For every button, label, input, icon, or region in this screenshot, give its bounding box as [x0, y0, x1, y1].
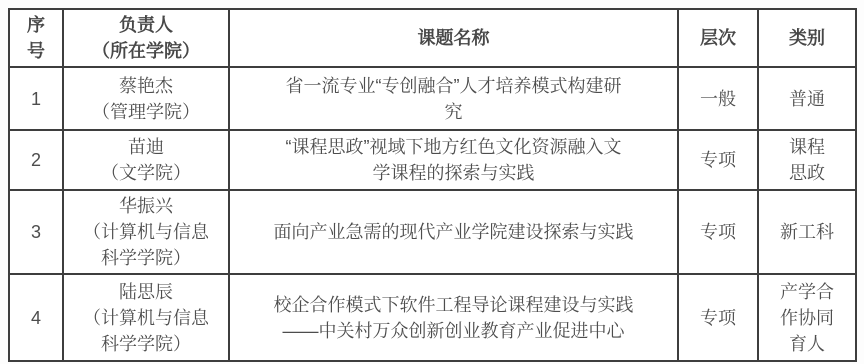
cell-no: 2: [9, 130, 63, 190]
column-header-level: 层次: [678, 9, 758, 67]
projects-table: 序 号 负责人 （所在学院） 课题名称 层次 类别 1 蔡艳杰 （管理学院） 省…: [8, 8, 857, 362]
cell-leader: 蔡艳杰 （管理学院）: [63, 67, 229, 130]
cell-category: 新工科: [758, 190, 856, 274]
page: 序 号 负责人 （所在学院） 课题名称 层次 类别 1 蔡艳杰 （管理学院） 省…: [0, 0, 864, 364]
cell-level: 专项: [678, 274, 758, 361]
cell-leader: 苗迪 （文学院）: [63, 130, 229, 190]
column-header-title: 课题名称: [229, 9, 678, 67]
cell-leader: 华振兴 （计算机与信息 科学学院）: [63, 190, 229, 274]
cell-title: 省一流专业“专创融合”人才培养模式构建研 究: [229, 67, 678, 130]
column-header-leader: 负责人 （所在学院）: [63, 9, 229, 67]
table-row: 2 苗迪 （文学院） “课程思政”视域下地方红色文化资源融入文 学课程的探索与实…: [9, 130, 856, 190]
header-row: 序 号 负责人 （所在学院） 课题名称 层次 类别: [9, 9, 856, 67]
cell-category: 课程 思政: [758, 130, 856, 190]
cell-title: 面向产业急需的现代产业学院建设探索与实践: [229, 190, 678, 274]
cell-no: 3: [9, 190, 63, 274]
column-header-no: 序 号: [9, 9, 63, 67]
cell-level: 一般: [678, 67, 758, 130]
cell-title: 校企合作模式下软件工程导论课程建设与实践 ——中关村万众创新创业教育产业促进中心: [229, 274, 678, 361]
cell-level: 专项: [678, 130, 758, 190]
column-header-category: 类别: [758, 9, 856, 67]
cell-title: “课程思政”视域下地方红色文化资源融入文 学课程的探索与实践: [229, 130, 678, 190]
cell-category: 普通: [758, 67, 856, 130]
table-row: 4 陆思辰 （计算机与信息 科学学院） 校企合作模式下软件工程导论课程建设与实践…: [9, 274, 856, 361]
cell-leader: 陆思辰 （计算机与信息 科学学院）: [63, 274, 229, 361]
cell-level: 专项: [678, 190, 758, 274]
table-row: 1 蔡艳杰 （管理学院） 省一流专业“专创融合”人才培养模式构建研 究 一般 普…: [9, 67, 856, 130]
cell-no: 4: [9, 274, 63, 361]
table-row: 3 华振兴 （计算机与信息 科学学院） 面向产业急需的现代产业学院建设探索与实践…: [9, 190, 856, 274]
cell-no: 1: [9, 67, 63, 130]
cell-category: 产学合 作协同 育人: [758, 274, 856, 361]
